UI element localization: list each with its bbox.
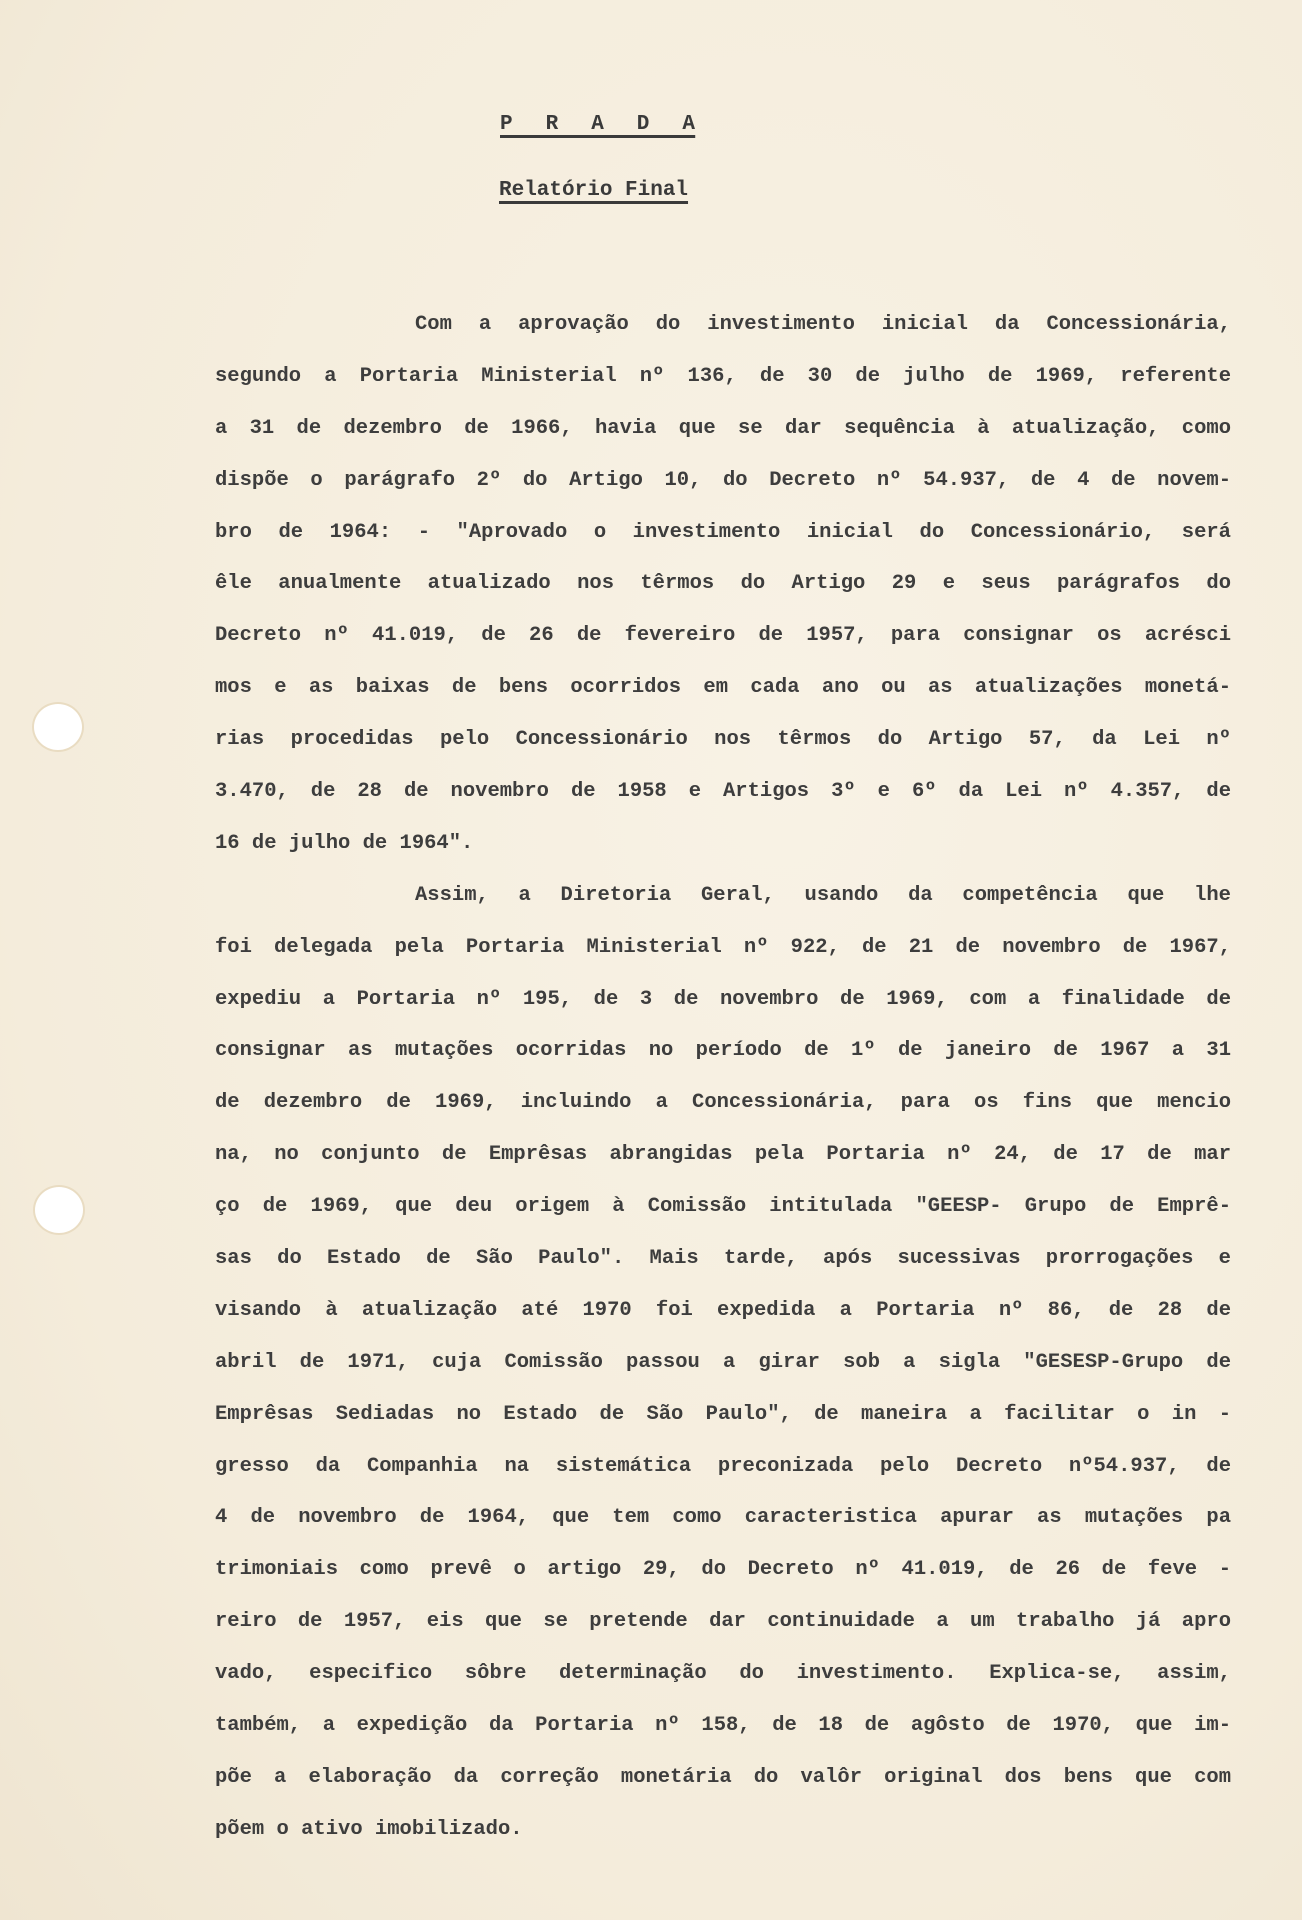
punch-hole [32, 702, 84, 752]
text-line: 4 de novembro de 1964, que tem como cara… [215, 1503, 1231, 1555]
paragraph-1: Com a aprovação do investimento inicial … [215, 310, 1231, 881]
text-line: abril de 1971, cuja Comissão passou a gi… [215, 1348, 1231, 1400]
text-line: na, no conjunto de Emprêsas abrangidas p… [215, 1140, 1231, 1192]
text-line: põem o ativo imobilizado. [215, 1815, 1231, 1867]
text-line: ço de 1969, que deu origem à Comissão in… [215, 1192, 1231, 1244]
text-line: 3.470, de 28 de novembro de 1958 e Artig… [215, 777, 1231, 829]
text-line: bro de 1964: - "Aprovado o investimento … [215, 518, 1231, 570]
paragraph-2: Assim, a Diretoria Geral, usando da comp… [215, 881, 1231, 1867]
text-line: dispõe o parágrafo 2º do Artigo 10, do D… [215, 466, 1231, 518]
text-line: consignar as mutações ocorridas no perío… [215, 1036, 1231, 1088]
text-line: expediu a Portaria nº 195, de 3 de novem… [215, 985, 1231, 1037]
text-line: também, a expedição da Portaria nº 158, … [215, 1711, 1231, 1763]
text-line: trimoniais como prevê o artigo 29, do De… [215, 1555, 1231, 1607]
text-line: Decreto nº 41.019, de 26 de fevereiro de… [215, 621, 1231, 673]
text-line: segundo a Portaria Ministerial nº 136, d… [215, 362, 1231, 414]
text-line: Assim, a Diretoria Geral, usando da comp… [215, 881, 1231, 933]
document-title: P R A D A [500, 113, 695, 136]
text-line: gresso da Companhia na sistemática preco… [215, 1452, 1231, 1504]
text-line: a 31 de dezembro de 1966, havia que se d… [215, 414, 1231, 466]
document-subtitle: Relatório Final [499, 179, 688, 202]
text-line: de dezembro de 1969, incluindo a Concess… [215, 1088, 1231, 1140]
text-line: põe a elaboração da correção monetária d… [215, 1763, 1231, 1815]
text-line: reiro de 1957, eis que se pretende dar c… [215, 1607, 1231, 1659]
document-body: Com a aprovação do investimento inicial … [215, 310, 1231, 1867]
text-line: sas do Estado de São Paulo". Mais tarde,… [215, 1244, 1231, 1296]
text-line: êle anualmente atualizado nos têrmos do … [215, 569, 1231, 621]
text-line: mos e as baixas de bens ocorridos em cad… [215, 673, 1231, 725]
text-line: Emprêsas Sediadas no Estado de São Paulo… [215, 1400, 1231, 1452]
text-line: rias procedidas pelo Concessionário nos … [215, 725, 1231, 777]
punch-hole [33, 1185, 85, 1235]
text-line: 16 de julho de 1964". [215, 829, 1231, 881]
text-line: visando à atualização até 1970 foi exped… [215, 1296, 1231, 1348]
document-page: P R A D A Relatório Final Com a aprovaçã… [0, 0, 1302, 1920]
text-line: foi delegada pela Portaria Ministerial n… [215, 933, 1231, 985]
text-line: Com a aprovação do investimento inicial … [215, 310, 1231, 362]
text-line: vado, especifico sôbre determinação do i… [215, 1659, 1231, 1711]
